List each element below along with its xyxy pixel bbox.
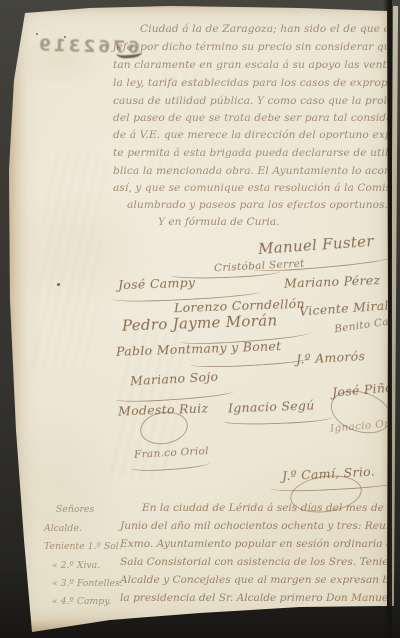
session-line: Junio del año mil ochocientos ochenta y …	[120, 520, 392, 532]
margin-note: Teniente 1.º Sol.	[44, 541, 122, 552]
ink-speck	[57, 283, 60, 286]
body-line: causa de utilidad pública. Y como caso q…	[113, 95, 392, 107]
margin-note: Señores	[56, 504, 94, 515]
body-line: la ley, tarifa establecidas para los cas…	[113, 77, 392, 89]
body-line: del paseo de que se trata debe ser para …	[113, 112, 392, 124]
body-line: blica la mencionada obra. El Ayuntamient…	[113, 165, 392, 177]
signature: J.º Amorós	[296, 348, 366, 367]
body-line: así, y que se comunique esta resolución …	[113, 182, 392, 194]
body-line: Ciudad á la de Zaragoza; han sido el de …	[140, 23, 392, 35]
margin-note: Alcalde.	[44, 523, 82, 534]
signature: Manuel Fuster	[258, 232, 375, 258]
manuscript-page: 6762319 Ciudad á la de Zaragoza; han sid…	[0, 0, 392, 638]
session-line: Sala Consistorial con asistencia de los …	[120, 556, 392, 568]
session-line: la presidencia del Sr. Alcalde primero D…	[120, 592, 392, 604]
signature: Benito Camps	[334, 313, 392, 336]
signature: Pedro Jayme Morán	[122, 311, 278, 334]
signature: José Campy	[118, 275, 196, 293]
signature: Fran.co Oriol	[134, 445, 209, 461]
signature: Mariano Pérez	[284, 272, 381, 290]
session-line: Alcalde y Concejales que al margen se ex…	[120, 574, 392, 586]
signature: Cristóbal Serret	[214, 258, 305, 275]
margin-note: « 2.º Xiva.	[52, 560, 100, 571]
signature: Vicente Miralles	[299, 296, 392, 319]
photo-frame: 6762319 Ciudad á la de Zaragoza; han sid…	[0, 0, 400, 638]
signature: José Piñol	[331, 379, 392, 400]
ink-bleedthrough	[32, 148, 107, 372]
signature: Ignacio Segú	[228, 397, 315, 415]
signature: Pablo Montmany y Bonet	[116, 338, 282, 359]
margin-note: « 4.º Campy.	[52, 596, 111, 607]
body-line: alumbrado y paseos para los efectos opor…	[127, 199, 388, 211]
body-line: tan claramente en gran escala á su apoyo…	[113, 59, 392, 71]
closing-line: Y en fórmula de Curia.	[158, 216, 280, 228]
session-line: Exmo. Ayuntamiento popular en sesión ord…	[120, 538, 392, 550]
signature: Modesto Ruiz	[118, 400, 209, 418]
signature: Mariano Sojo	[130, 369, 219, 389]
signature: Ignacio Oró	[330, 417, 392, 435]
body-line: te permita á esta brigada pueda declarar…	[113, 147, 392, 159]
session-line: En la ciudad de Lérida á seis días del m…	[142, 502, 384, 514]
body-line: jefe, por dicho término su precio sin co…	[113, 41, 392, 53]
body-line: de á V.E. que merece la dirección del op…	[113, 129, 392, 141]
signature: J.º Camí, Srio.	[282, 464, 376, 484]
margin-note: « 3.º Fontelles.	[52, 578, 123, 589]
